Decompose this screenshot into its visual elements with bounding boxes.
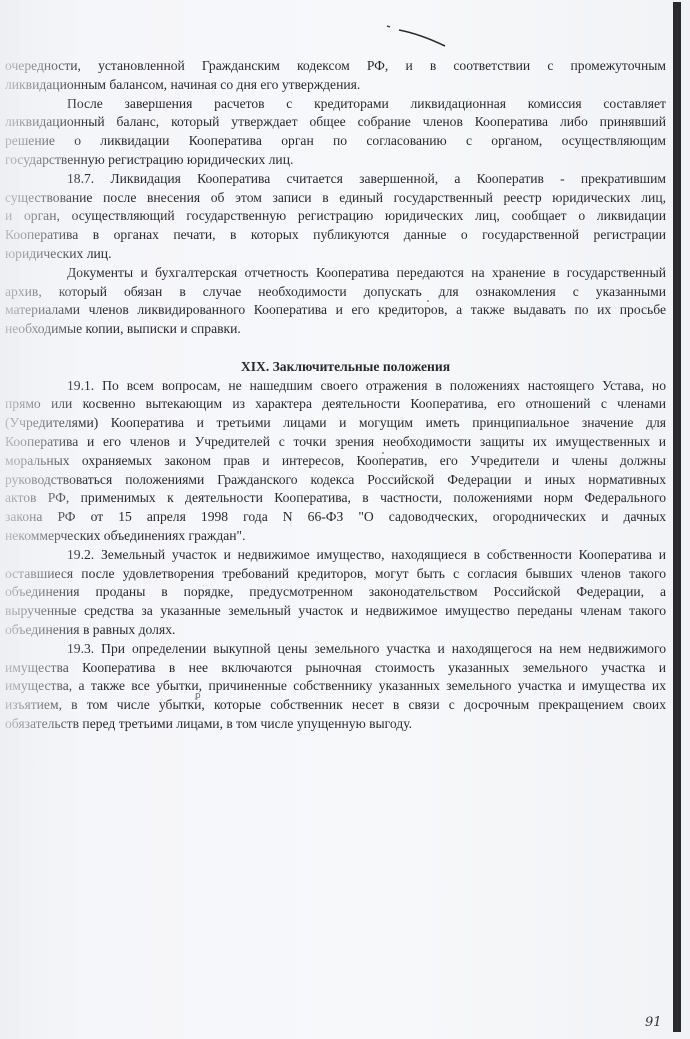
text-line: и орган, осуществляющий государственную …: [5, 207, 666, 226]
text-line: ликвидационный баланс, который утверждае…: [5, 113, 666, 132]
text-line: После завершения расчетов с кредиторами …: [5, 95, 666, 114]
scanned-page: очередности, установленной Гражданским к…: [0, 0, 690, 1039]
text-line: вырученные средства за указанные земельн…: [5, 602, 666, 621]
text-line: актов РФ, применимых к деятельности Кооп…: [5, 489, 666, 508]
pen-stroke-mark: [385, 22, 455, 52]
text-line: (Учредителями) Кооператива и третьими ли…: [5, 414, 666, 433]
text-line: некоммерческих объединениях граждан".: [5, 527, 666, 546]
text-line: юридических лиц.: [5, 245, 666, 264]
text-line: необходимые копии, выписки и справки.: [5, 320, 666, 339]
text-line: моральных охраняемых законом прав и инте…: [5, 452, 666, 471]
text-line: 19.2. Земельный участок и недвижимое иму…: [5, 546, 666, 565]
section-heading: XIX. Заключительные положения: [5, 358, 666, 377]
paragraphs-final-provisions: 19.1. По всем вопросам, не нашедшим свое…: [5, 377, 666, 734]
text-line: руководствоваться положениями Гражданско…: [5, 471, 666, 490]
text-line: Кооператива в органах печати, в которых …: [5, 226, 666, 245]
text-line: оставшиеся после удовлетворения требован…: [5, 565, 666, 584]
text-line: изъятием, в том числе убытки, которые со…: [5, 696, 666, 715]
text-line: государственную регистрацию юридических …: [5, 151, 666, 170]
text-line: объединения в равных долях.: [5, 621, 666, 640]
text-line: Документы и бухгалтерская отчетность Коо…: [5, 264, 666, 283]
text-line: 19.3. При определении выкупной цены земе…: [5, 640, 666, 659]
text-line: существование после внесения об этом зап…: [5, 189, 666, 208]
scan-right-margin: [681, 0, 690, 1039]
text-line: имущества, а также все убытки, причиненн…: [5, 677, 666, 696]
text-line: обязательств перед третьими лицами, в то…: [5, 715, 666, 734]
text-line: ликвидационным балансом, начиная со дня …: [5, 76, 666, 95]
text-line: решение о ликвидации Кооператива орган п…: [5, 132, 666, 151]
text-line: архив, который обязан в случае необходим…: [5, 283, 666, 302]
document-body: очередности, установленной Гражданским к…: [5, 57, 666, 734]
text-line: очередности, установленной Гражданским к…: [5, 57, 666, 76]
text-line: имущества Кооператива в нее включаются р…: [5, 659, 666, 678]
text-line: Кооператива и его членов и Учредителей с…: [5, 433, 666, 452]
text-line: 19.1. По всем вопросам, не нашедшим свое…: [5, 377, 666, 396]
text-line: материалами членов ликвидированного Кооп…: [5, 301, 666, 320]
text-line: 18.7. Ликвидация Кооператива считается з…: [5, 170, 666, 189]
text-line: объединения проданы в порядке, предусмот…: [5, 583, 666, 602]
text-line: прямо или косвенно вытекающим из характе…: [5, 395, 666, 414]
text-line: закона РФ от 15 апреля 1998 года N 66-ФЗ…: [5, 508, 666, 527]
page-number: 91: [645, 1015, 662, 1030]
scan-edge-bar: [673, 2, 681, 1032]
paragraphs-liquidation: очередности, установленной Гражданским к…: [5, 57, 666, 339]
